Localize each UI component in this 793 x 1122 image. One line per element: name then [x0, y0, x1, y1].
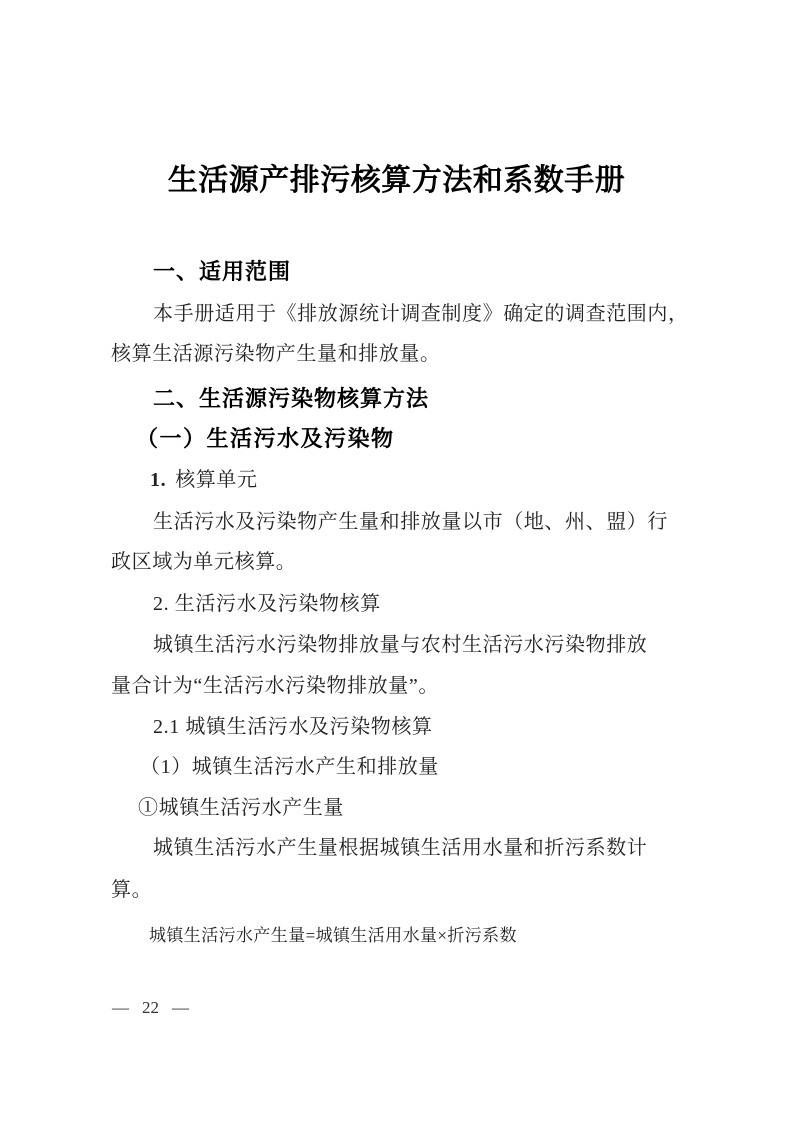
- item-heading-accounting-unit: 1.核算单元: [150, 470, 258, 490]
- footer-page-number: 22: [142, 999, 159, 1016]
- formula-urban-sewage-generation: 城镇生活污水产生量=城镇生活用水量×折污系数: [149, 927, 517, 944]
- page-footer: —22—: [112, 999, 189, 1016]
- subsection-heading-sewage: （一）生活污水及污染物: [136, 428, 395, 450]
- footer-dash-left: —: [112, 999, 129, 1016]
- footer-dash-right: —: [172, 999, 189, 1016]
- paragraph-urban-line2: 算。: [111, 880, 152, 900]
- item-number: 1.: [150, 469, 166, 491]
- item-heading-urban-sewage: 2.1 城镇生活污水及污染物核算: [153, 717, 433, 737]
- page-title: 生活源产排污核算方法和系数手册: [0, 166, 793, 196]
- section-heading-method: 二、生活源污染物核算方法: [153, 388, 429, 410]
- document-page: 生活源产排污核算方法和系数手册 一、适用范围 本手册适用于《排放源统计调查制度》…: [0, 0, 793, 1122]
- paragraph-scope-line1: 本手册适用于《排放源统计调查制度》确定的调查范围内，: [153, 304, 689, 324]
- item-heading-circled-1: ①城镇生活污水产生量: [138, 798, 344, 818]
- paragraph-unit-line2: 政区域为单元核算。: [111, 552, 296, 572]
- paragraph-urban-line1: 城镇生活污水产生量根据城镇生活用水量和折污系数计: [153, 838, 647, 858]
- item-heading-urban-generation-discharge: （1）城镇生活污水产生和排放量: [140, 757, 439, 777]
- item-heading-sewage-calc: 2. 生活污水及污染物核算: [153, 594, 381, 614]
- paragraph-calc-line2: 量合计为“生活污水污染物排放量”。: [111, 676, 439, 696]
- section-heading-scope: 一、适用范围: [153, 261, 291, 283]
- item-heading-text: 核算单元: [175, 469, 257, 491]
- paragraph-scope-line2: 核算生活源污染物产生量和排放量。: [111, 344, 441, 364]
- paragraph-calc-line1: 城镇生活污水污染物排放量与农村生活污水污染物排放: [153, 635, 647, 655]
- paragraph-unit-line1: 生活污水及污染物产生量和排放量以市（地、州、盟）行: [153, 512, 668, 532]
